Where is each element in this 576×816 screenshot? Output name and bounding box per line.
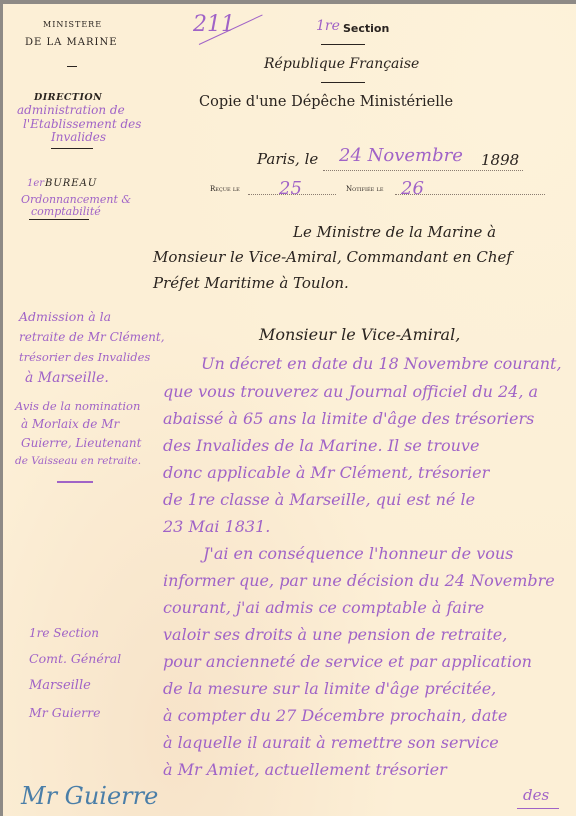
year: 1898 [481,151,519,169]
body-line-13: de la mesure sur la limite d'âge précité… [163,679,496,698]
body-line-14: à compter du 27 Décembre prochain, date [163,706,507,725]
blue-annotation: Mr Guierre [21,782,158,810]
bureau-value-2: comptabilité [31,205,101,218]
summary-line-7: Guierre, Lieutenant [21,436,141,450]
summary-line-2: retraite de Mr Clément, [19,330,165,344]
address-line1: Le Ministre de la Marine à [293,223,496,241]
notifiee-value: 26 [401,178,424,199]
body-line-3: abaissé à 65 ans la limite d'âge des tré… [163,409,534,428]
address-line3: Préfet Maritime à Toulon. [153,274,349,292]
direction-value-2: l'Etablissement des [23,117,141,131]
body-line-4: des Invalides de la Marine. Il se trouve [163,436,479,455]
place-date-prefix: Paris, le [257,150,318,168]
body-line-7: 23 Mai 1831. [163,517,270,536]
body-line-6: de 1re classe à Marseille, qui est né le [163,490,475,509]
direction-value-3: Invalides [51,130,106,144]
republic-divider [321,82,365,83]
document-page: MINISTERE DE LA MARINE DIRECTION adminis… [3,4,576,816]
ministry-line2: DE LA MARINE [25,37,118,48]
ministry-line1: MINISTERE [43,20,102,29]
body-line-10: courant, j'ai admis ce comptable à faire [163,598,484,617]
address-line2: Monsieur le Vice-Amiral, Commandant en C… [153,248,512,266]
bureau-number: 1er [27,178,44,189]
notifiee-label: Notifiée le [346,185,383,193]
recue-value: 25 [279,178,302,199]
body-line-1: Un décret en date du 18 Novembre courant… [201,354,562,373]
bureau-label: BUREAU [45,178,97,189]
republic-title: République Française [264,56,419,72]
body-line-2: que vous trouverez au Journal officiel d… [163,382,538,401]
note-line-2: Comt. Général [29,651,121,666]
date-line [323,170,523,171]
catchword-underline [517,808,559,809]
note-line-1: 1re Section [29,626,99,640]
section-number: 1re [316,18,340,34]
section-divider [321,44,365,45]
ornament-divider [67,66,77,67]
body-line-8: J'ai en conséquence l'honneur de vous [203,544,513,563]
summary-line-1: Admission à la [19,309,111,324]
document-type: Copie d'une Dépêche Ministérielle [199,94,453,110]
section-label: Section [343,22,389,35]
body-line-16: à Mr Amiet, actuellement trésorier [163,760,447,779]
date-handwritten: 24 Novembre [339,145,463,166]
summary-line-6: à Morlaix de Mr [21,417,119,431]
body-line-9: informer que, par une décision du 24 Nov… [163,571,555,590]
recue-label: Reçue le [210,185,240,193]
body-line-15: à laquelle il aurait à remettre son serv… [163,733,499,752]
body-line-5: donc applicable à Mr Clément, trésorier [163,463,489,482]
body-line-12: pour ancienneté de service et par applic… [163,652,532,671]
summary-line-5: Avis de la nomination [15,399,140,413]
file-number: 211 [193,12,235,37]
note-line-4: Mr Guierre [29,705,101,720]
salutation: Monsieur le Vice-Amiral, [259,325,460,344]
summary-line-4: à Marseille. [25,370,109,386]
direction-value-1: administration de [17,103,125,117]
body-line-11: valoir ses droits à une pension de retra… [163,625,507,644]
summary-line-3: trésorier des Invalides [19,350,150,364]
catchword: des [523,786,549,804]
note-line-3: Marseille [29,678,91,693]
summary-line-8: de Vaisseau en retraite. [15,455,141,467]
direction-underline [51,148,93,149]
summary-underline [57,481,93,483]
bureau-underline [29,219,89,220]
direction-label: DIRECTION [34,92,102,103]
